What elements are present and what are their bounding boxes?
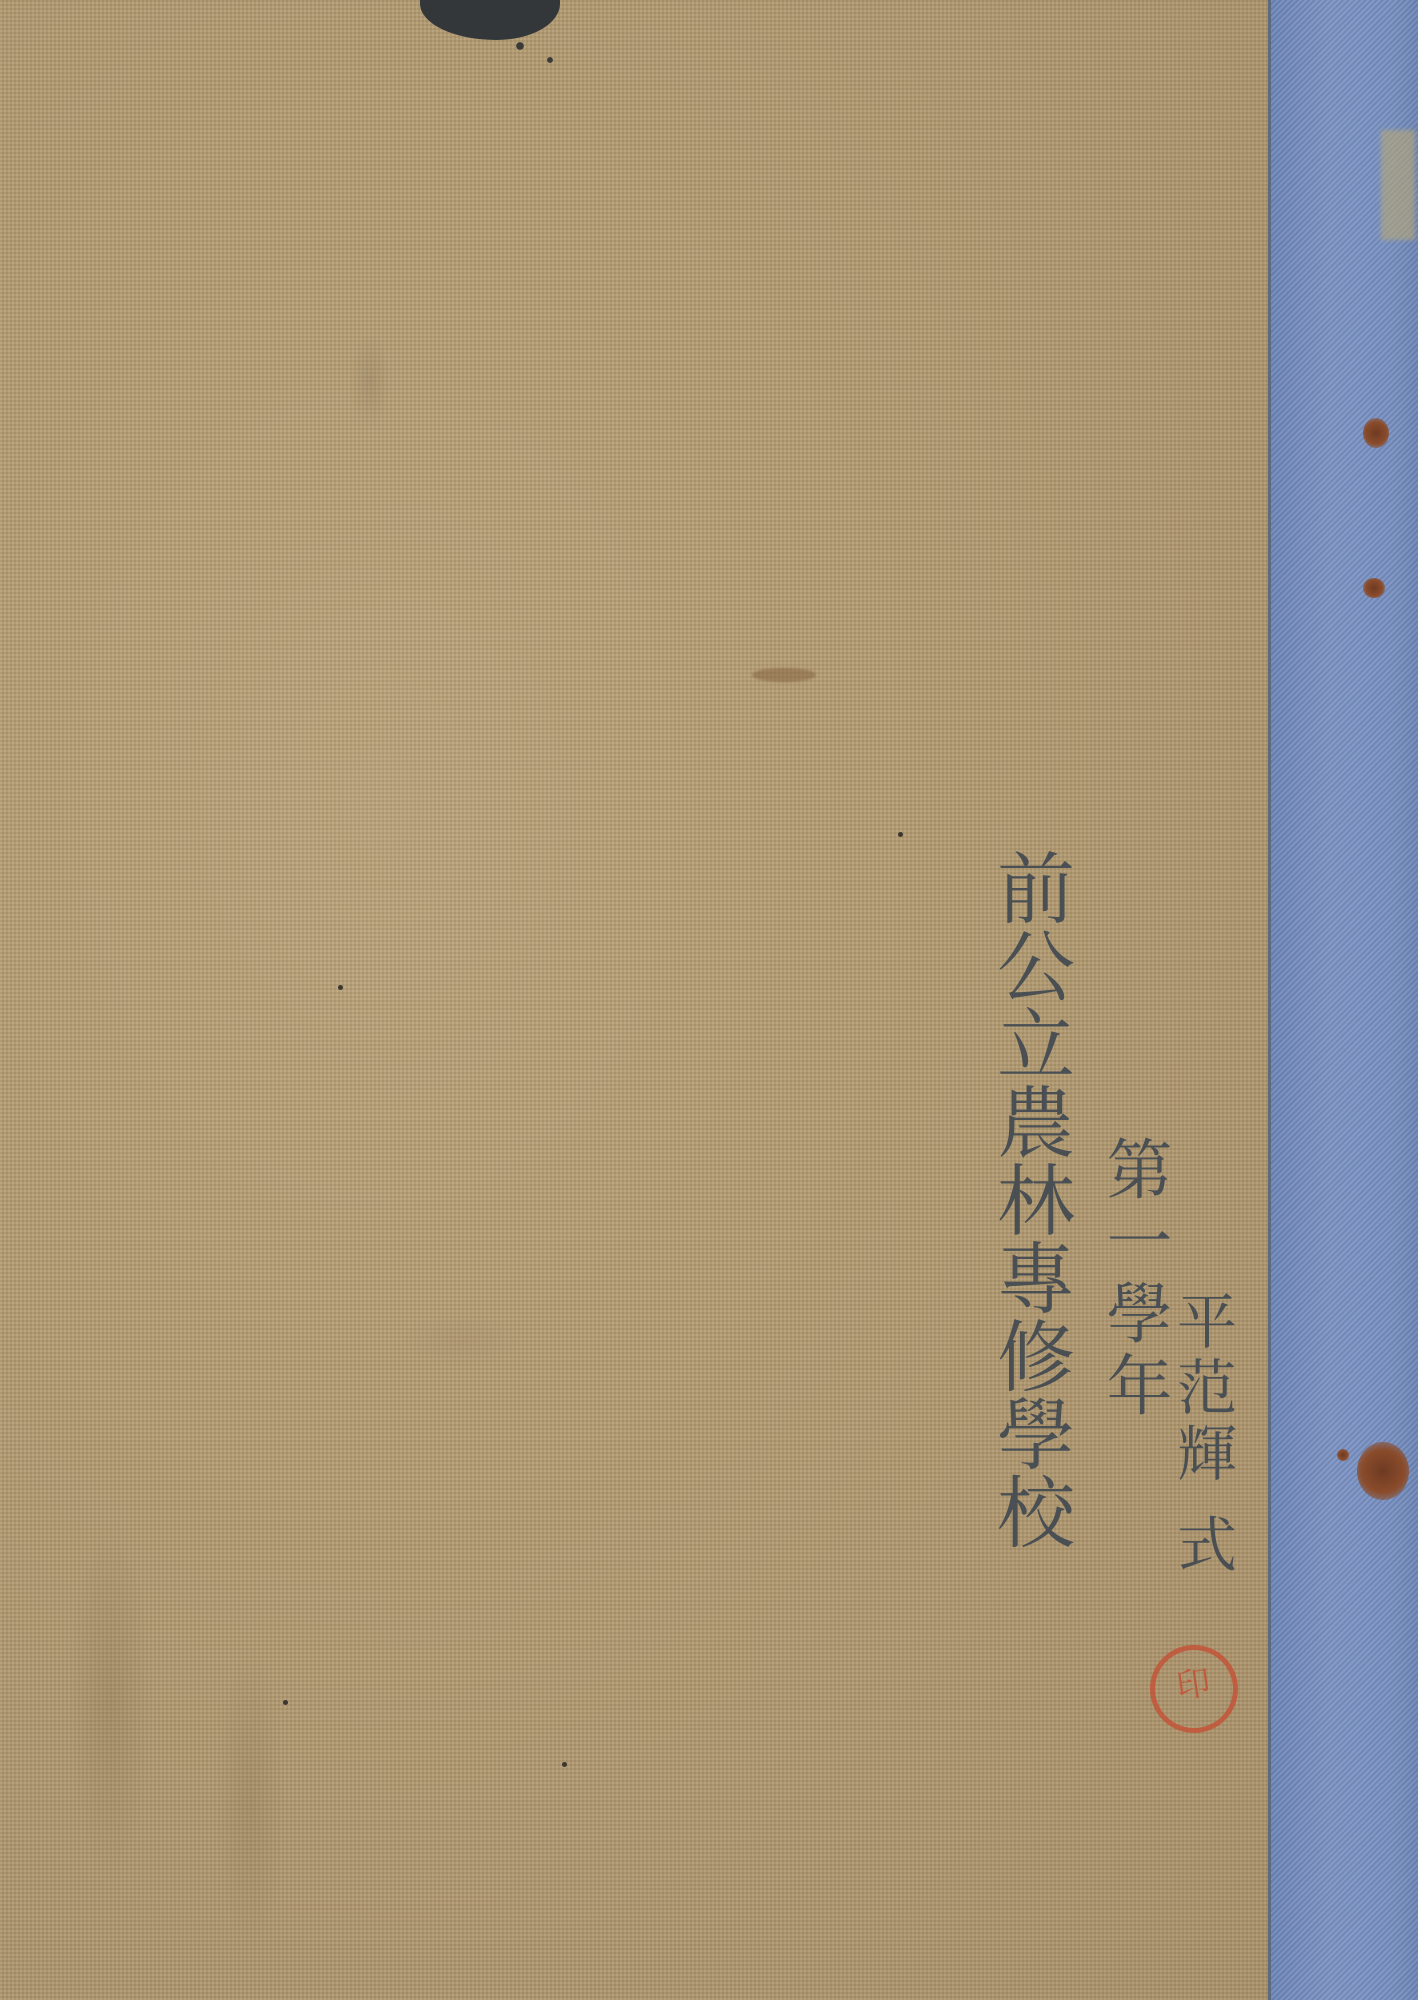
spine-wear-patch [1381,130,1415,240]
rust-spot [1363,578,1385,598]
inscription-school-year: 第一學年 [1100,1135,1166,1423]
cloth-spine [1268,0,1418,2000]
inscription-owner-name: 平范輝 式 [1172,1290,1232,1579]
speck [338,985,343,990]
cloth-board [0,0,1268,2000]
speck [898,832,903,837]
speck [283,1700,288,1705]
rust-spot [1357,1442,1409,1500]
inscription-school-name: 前公立農林專修學校 [990,848,1068,1550]
book-cover-scan: 前公立農林專修學校 第一學年 平范輝 式 印 [0,0,1418,2000]
speck [562,1762,567,1767]
ink-specks-top [510,38,570,68]
rust-spot [1337,1449,1349,1461]
rust-spot [1363,418,1389,448]
brown-stain [752,668,816,682]
